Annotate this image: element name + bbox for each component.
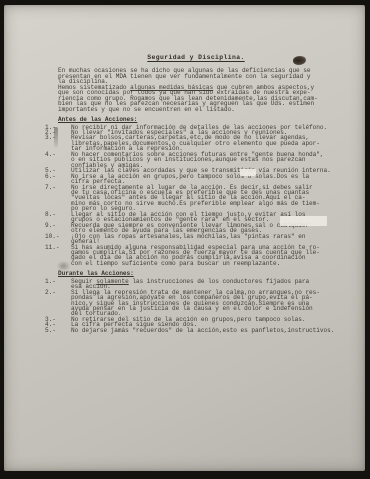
text-line: importantes y que no se encuentren en el… [58, 107, 334, 112]
section-heading-antes: Antes de las Acciones: [58, 117, 334, 122]
item-number: 5.- [45, 328, 56, 333]
list-antes: 1.-No recibir ni dar información de deta… [58, 125, 334, 267]
item-number: 6.- [45, 174, 56, 179]
text-line: con el tiempo suficiente como para busca… [71, 261, 334, 266]
intro-paragraph: En muchas ocasiones se ha dicho que algu… [58, 68, 334, 112]
margin-smudge-artifact [54, 127, 58, 147]
list-durante: 1.-Seguir solamente las instrucciones de… [58, 279, 334, 334]
list-item: 5.-No dejarse jamás "recuerdos" de la ac… [58, 328, 334, 333]
item-number: 11.- [45, 245, 59, 250]
item-number: 9.- [45, 223, 56, 228]
gray-smudge-artifact [57, 261, 70, 271]
text-line: ¡Ojo con las ropas artesanales,las mochi… [71, 234, 334, 239]
list-item: 3.-Revisar bolsos,carteras,carpetas,etc,… [58, 135, 334, 151]
section-antes: Antes de las Acciones: 1.-No recibir ni … [58, 117, 334, 266]
item-number: 7.- [45, 185, 56, 190]
list-item: 2.-Si llega la represión trata de manten… [58, 290, 334, 317]
item-number: 1.- [45, 279, 56, 284]
list-item: 4.-No hacer comentarios sobre acciones f… [58, 152, 334, 168]
item-number: 4.- [45, 152, 56, 157]
correction-patch [280, 216, 327, 226]
text-line: No dejarse jamás "recuerdos" de la acció… [71, 328, 334, 333]
section-heading-durante: Durante las Acciones: [58, 271, 334, 276]
correction-patch [240, 169, 256, 176]
document-page: Seguridad y Disciplina. En muchas ocasio… [4, 5, 365, 471]
list-item: 11.-Si has asumido alguna responsabilida… [58, 245, 334, 267]
section-durante: Durante las Acciones: 1.-Seguir solament… [58, 271, 334, 333]
item-number: 8.- [45, 212, 56, 217]
item-number: 10.- [45, 234, 59, 239]
list-item: 7.-No irse directamente al lugar de la a… [58, 185, 334, 212]
document-content: Seguridad y Disciplina. En muchas ocasio… [58, 55, 334, 333]
item-number: 2.- [45, 290, 56, 295]
